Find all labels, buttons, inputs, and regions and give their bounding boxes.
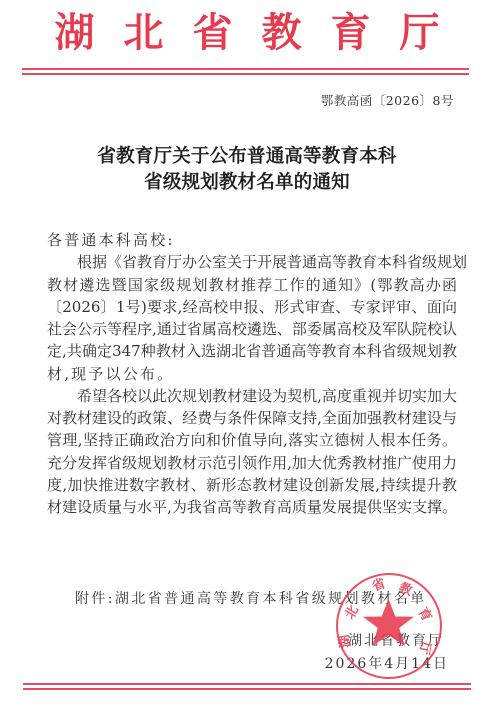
salutation: 各普通本科高校: bbox=[47, 230, 457, 250]
attachment-line: 附件:湖北省普通高等教育本科省级规划教材名单 bbox=[75, 589, 427, 609]
header-rule-top bbox=[22, 68, 469, 70]
paragraph-line: 根据《省教育厅办公室关于开展普通高等教育本科省级规划 bbox=[47, 252, 457, 272]
paragraph-line: 充分发挥省级规划教材示范引领作用,加大优秀教材推广使用力 bbox=[47, 453, 457, 473]
paragraph-line: 对教材建设的政策、经费与条件保障支持,全面加强教材建设与 bbox=[47, 408, 457, 428]
paragraph-line: 管理,坚持正确政治方向和价值导向,落实立德树人根本任务。 bbox=[47, 430, 457, 450]
issuer-name: 湖北省教育厅 bbox=[348, 631, 444, 651]
paragraph-line: 度,加快推进数字教材、新形态教材建设创新发展,持续提升教 bbox=[47, 475, 457, 495]
paragraph-line: 材建设质量与水平,为我省高等教育高质量发展提供坚实支撑。 bbox=[47, 497, 457, 517]
organization-header: 湖北省教育厅 bbox=[0, 8, 494, 58]
paragraph-line: 材,现予以公布。 bbox=[47, 364, 457, 384]
document-number: 鄂教高函〔2026〕8号 bbox=[321, 92, 454, 110]
footer-rule-bottom bbox=[23, 688, 471, 690]
footer-rule-top bbox=[23, 683, 471, 685]
paragraph-line: 社会公示等程序,通过省属高校遴选、部委属高校及军队院校认 bbox=[47, 319, 457, 339]
paragraph-line: 教材遴选暨国家级规划教材推荐工作的通知》(鄂教高办函 bbox=[47, 275, 457, 295]
header-rule-bottom bbox=[22, 73, 469, 75]
paragraph-line: 定,共确定347种教材入选湖北省普通高等教育本科省级规划教 bbox=[47, 341, 457, 361]
document-title-line-1: 省教育厅关于公布普通高等教育本科 bbox=[0, 145, 494, 169]
paragraph-line: 希望各校以此次规划教材建设为契机,高度重视并切实加大 bbox=[47, 386, 457, 406]
issue-date: 2026年4月14日 bbox=[325, 654, 449, 674]
document-title-line-2: 省级规划教材名单的通知 bbox=[0, 171, 494, 195]
paragraph-line: 〔2026〕1号)要求,经高校申报、形式审查、专家评审、面向 bbox=[47, 297, 457, 317]
